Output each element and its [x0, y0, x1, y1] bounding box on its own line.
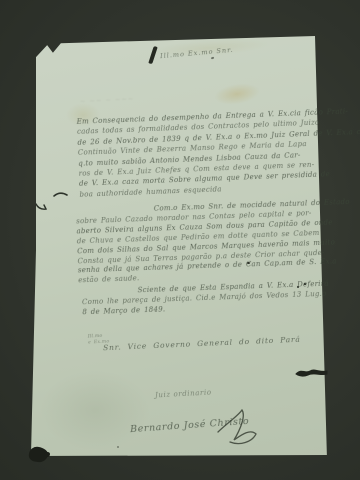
- paragraph-1: Em Consequencia do desempenho da Entrega…: [76, 107, 329, 200]
- photo-background: Ill.mo Ex.mo Snr. ~ ~~ ~ ~~~ Em Conseque…: [0, 0, 360, 480]
- ink-speck: [297, 286, 299, 288]
- signature-flourish: [216, 406, 260, 448]
- ink-speck: [247, 262, 250, 264]
- ink-speck: [304, 283, 306, 285]
- ink-marks-left-edge: [32, 188, 72, 214]
- paragraph-2: Com.o Ex.mo Snr. de mocidade natural do …: [76, 199, 331, 287]
- ink-squiggle-right-edge: [294, 364, 330, 380]
- ink-blot-corner-satellite: [44, 452, 50, 457]
- ink-speck: [117, 446, 119, 448]
